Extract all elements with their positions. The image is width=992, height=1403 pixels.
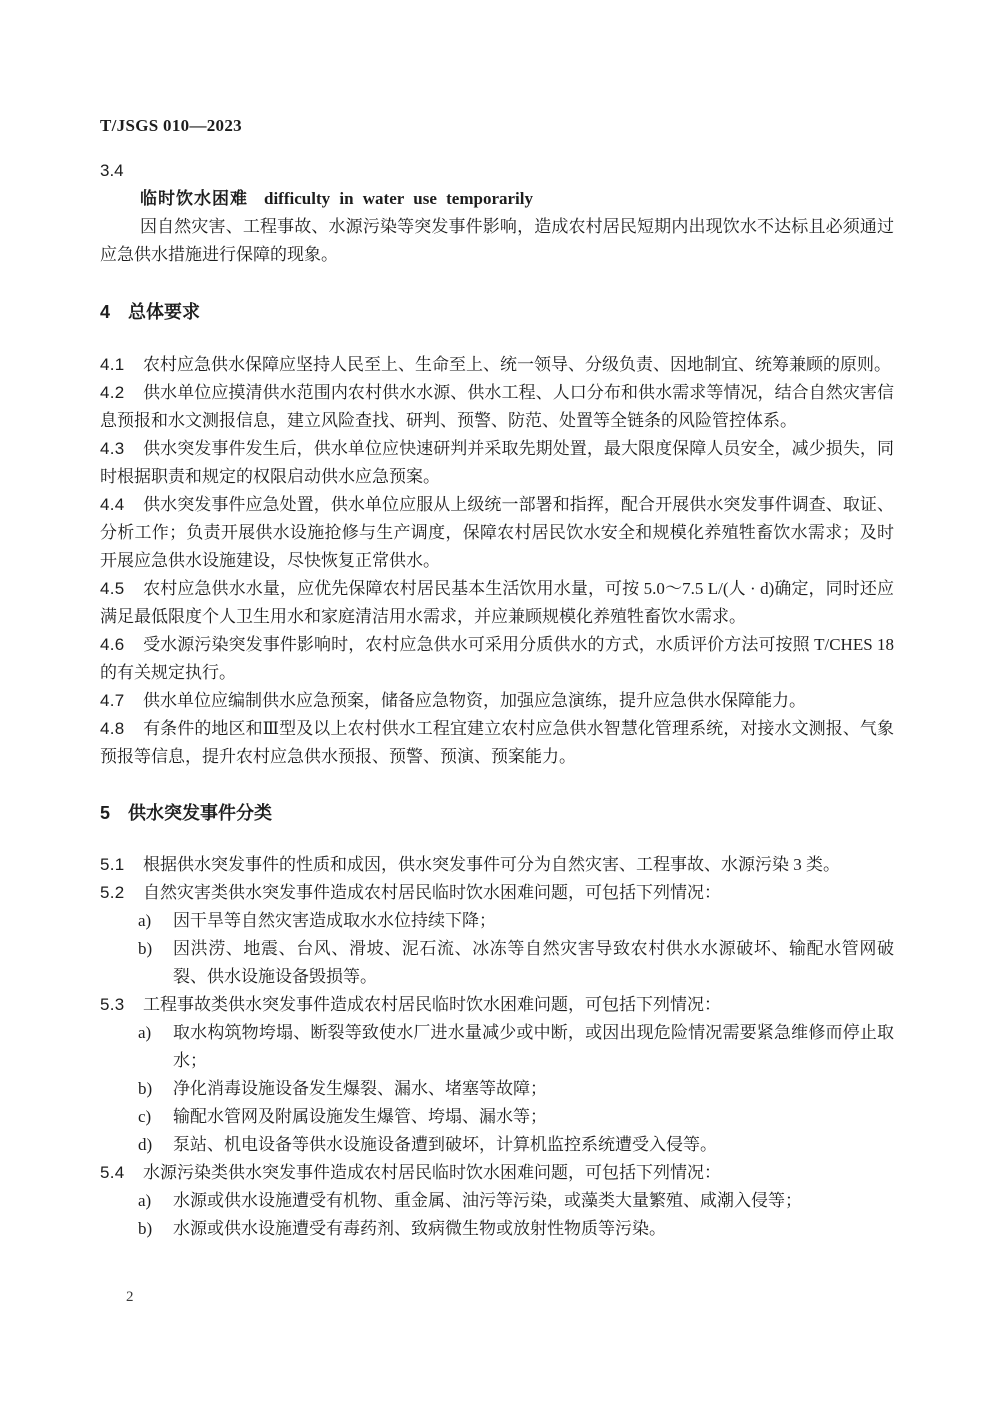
list-item-5-3-c: c)输配水管网及附属设施发生爆管、垮塌、漏水等； [100,1103,894,1131]
term-en: difficulty in water use temporarily [264,189,533,208]
clause-text: 根据供水突发事件的性质和成因，供水突发事件可分为自然灾害、工程事故、水源污染 3… [143,855,840,874]
clause-text: 工程事故类供水突发事件造成农村居民临时饮水困难问题，可包括下列情况： [143,995,721,1014]
clause-text: 供水突发事件发生后，供水单位应快速研判并采取先期处置，最大限度保障人员安全，减少… [100,439,894,486]
section-4-heading: 4总体要求 [100,298,894,326]
clause-number: 5.1 [100,851,143,879]
list-item-text: 水源或供水设施遭受有机物、重金属、油污等污染，或藻类大量繁殖、咸潮入侵等； [173,1191,802,1210]
clause-number: 4.3 [100,435,143,463]
clause-4-7: 4.7供水单位应编制供水应急预案，储备应急物资，加强应急演练，提升应急供水保障能… [100,687,894,715]
list-item-5-3-a: a)取水构筑物垮塌、断裂等致使水厂进水量减少或中断，或因出现危险情况需要紧急维修… [100,1019,894,1075]
list-marker: c) [138,1103,151,1131]
section-5-title: 供水突发事件分类 [128,803,272,823]
clause-4-3: 4.3供水突发事件发生后，供水单位应快速研判并采取先期处置，最大限度保障人员安全… [100,435,894,491]
section-5-heading: 5供水突发事件分类 [100,799,894,827]
clause-5-2: 5.2自然灾害类供水突发事件造成农村居民临时饮水困难问题，可包括下列情况： [100,879,894,907]
term-zh: 临时饮水困难 [140,189,248,208]
list-marker: a) [138,1187,151,1215]
clause-number: 5.4 [100,1159,143,1187]
page-number: 2 [126,1283,134,1311]
list-marker: b) [138,1215,152,1243]
term-definition: 因自然灾害、工程事故、水源污染等突发事件影响，造成农村居民短期内出现饮水不达标且… [100,213,894,269]
clause-text: 供水突发事件应急处置，供水单位应服从上级统一部署和指挥，配合开展供水突发事件调查… [100,495,894,570]
list-item-text: 因洪涝、地震、台风、滑坡、泥石流、冰冻等自然灾害导致农村供水水源破坏、输配水管网… [173,939,894,986]
list-item-text: 取水构筑物垮塌、断裂等致使水厂进水量减少或中断，或因出现危险情况需要紧急维修而停… [173,1023,894,1070]
clause-text: 有条件的地区和Ⅲ型及以上农村供水工程宜建立农村应急供水智慧化管理系统，对接水文测… [100,719,894,766]
document-page: T/JSGS 010—2023 3.4 临时饮水困难difficulty in … [0,0,992,1403]
page-content: T/JSGS 010—2023 3.4 临时饮水困难difficulty in … [100,0,894,1243]
list-item-text: 水源或供水设施遭受有毒药剂、致病微生物或放射性物质等污染。 [173,1219,666,1238]
clause-number: 4.4 [100,491,143,519]
clause-5-1: 5.1根据供水突发事件的性质和成因，供水突发事件可分为自然灾害、工程事故、水源污… [100,851,894,879]
clause-number: 5.3 [100,991,143,1019]
clause-5-3: 5.3工程事故类供水突发事件造成农村居民临时饮水困难问题，可包括下列情况： [100,991,894,1019]
section-4-title: 总体要求 [128,302,200,322]
clause-text: 供水单位应编制供水应急预案，储备应急物资，加强应急演练，提升应急供水保障能力。 [143,691,806,710]
clause-number: 4.2 [100,379,143,407]
section-4-number: 4 [100,298,128,326]
clause-4-6: 4.6受水源污染突发事件影响时，农村应急供水可采用分质供水的方式，水质评价方法可… [100,631,894,687]
clause-4-4: 4.4供水突发事件应急处置，供水单位应服从上级统一部署和指挥，配合开展供水突发事… [100,491,894,575]
list-marker: a) [138,907,151,935]
clause-number: 4.1 [100,351,143,379]
clause-number: 4.5 [100,575,143,603]
clause-number: 4.8 [100,715,143,743]
term-number: 3.4 [100,157,894,185]
clause-text: 自然灾害类供水突发事件造成农村居民临时饮水困难问题，可包括下列情况： [143,883,721,902]
clause-text: 农村应急供水水量，应优先保障农村居民基本生活饮用水量，可按 5.0～7.5 L/… [100,579,894,626]
list-item-text: 因干旱等自然灾害造成取水水位持续下降； [173,911,496,930]
clause-text: 水源污染类供水突发事件造成农村居民临时饮水困难问题，可包括下列情况： [143,1163,721,1182]
list-item-text: 泵站、机电设备等供水设施设备遭到破坏，计算机监控系统遭受入侵等。 [173,1135,717,1154]
list-marker: a) [138,1019,151,1047]
clause-text: 受水源污染突发事件影响时，农村应急供水可采用分质供水的方式，水质评价方法可按照 … [100,635,894,682]
list-item-5-2-a: a)因干旱等自然灾害造成取水水位持续下降； [100,907,894,935]
clause-number: 5.2 [100,879,143,907]
list-item-5-3-d: d)泵站、机电设备等供水设施设备遭到破坏，计算机监控系统遭受入侵等。 [100,1131,894,1159]
clause-text: 农村应急供水保障应坚持人民至上、生命至上、统一领导、分级负责、因地制宜、统筹兼顾… [143,355,891,374]
clause-text: 供水单位应摸清供水范围内农村供水水源、供水工程、人口分布和供水需求等情况，结合自… [100,383,894,430]
list-item-5-4-b: b)水源或供水设施遭受有毒药剂、致病微生物或放射性物质等污染。 [100,1215,894,1243]
section-5-number: 5 [100,799,128,827]
clause-4-2: 4.2供水单位应摸清供水范围内农村供水水源、供水工程、人口分布和供水需求等情况，… [100,379,894,435]
term-line: 临时饮水困难difficulty in water use temporaril… [100,185,894,213]
list-item-text: 输配水管网及附属设施发生爆管、垮塌、漏水等； [173,1107,547,1126]
clause-5-4: 5.4水源污染类供水突发事件造成农村居民临时饮水困难问题，可包括下列情况： [100,1159,894,1187]
clause-4-1: 4.1农村应急供水保障应坚持人民至上、生命至上、统一领导、分级负责、因地制宜、统… [100,351,894,379]
list-item-5-4-a: a)水源或供水设施遭受有机物、重金属、油污等污染，或藻类大量繁殖、咸潮入侵等； [100,1187,894,1215]
doc-code: T/JSGS 010—2023 [100,112,894,140]
list-marker: b) [138,935,152,963]
clause-4-8: 4.8有条件的地区和Ⅲ型及以上农村供水工程宜建立农村应急供水智慧化管理系统，对接… [100,715,894,771]
list-item-5-3-b: b)净化消毒设施设备发生爆裂、漏水、堵塞等故障； [100,1075,894,1103]
list-item-text: 净化消毒设施设备发生爆裂、漏水、堵塞等故障； [173,1079,547,1098]
list-marker: d) [138,1131,152,1159]
clause-4-5: 4.5农村应急供水水量，应优先保障农村居民基本生活饮用水量，可按 5.0～7.5… [100,575,894,631]
list-item-5-2-b: b)因洪涝、地震、台风、滑坡、泥石流、冰冻等自然灾害导致农村供水水源破坏、输配水… [100,935,894,991]
list-marker: b) [138,1075,152,1103]
clause-number: 4.6 [100,631,143,659]
clause-number: 4.7 [100,687,143,715]
